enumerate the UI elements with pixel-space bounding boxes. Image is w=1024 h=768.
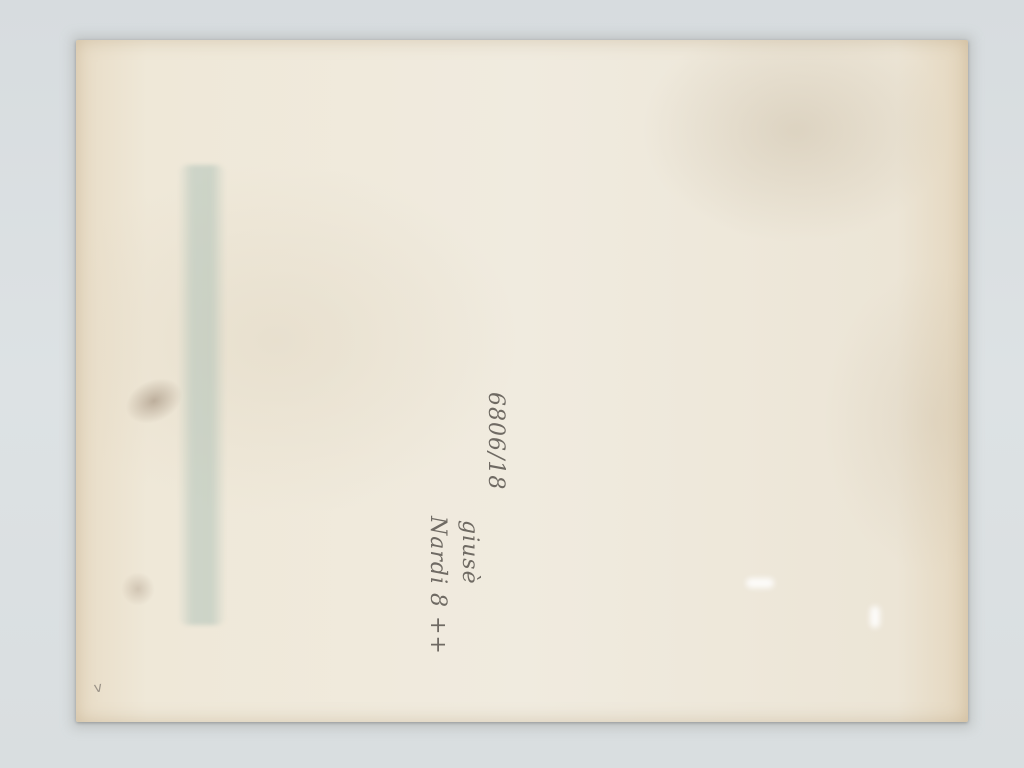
light-glare <box>870 606 880 628</box>
stain-mark <box>121 572 155 606</box>
paper-sheet: v <box>76 40 968 722</box>
corner-pencil-mark: v <box>93 679 104 696</box>
photo-scene: v 6806/18 giusè Nardi 8 ++ <box>0 0 1024 768</box>
handwritten-artist-note: Nardi 8 ++ <box>425 516 450 655</box>
handwritten-catalog-number: 6806/18 <box>483 392 508 490</box>
glue-residue-strip <box>178 165 226 625</box>
light-glare <box>746 578 774 588</box>
handwritten-name: giusè <box>457 520 482 585</box>
